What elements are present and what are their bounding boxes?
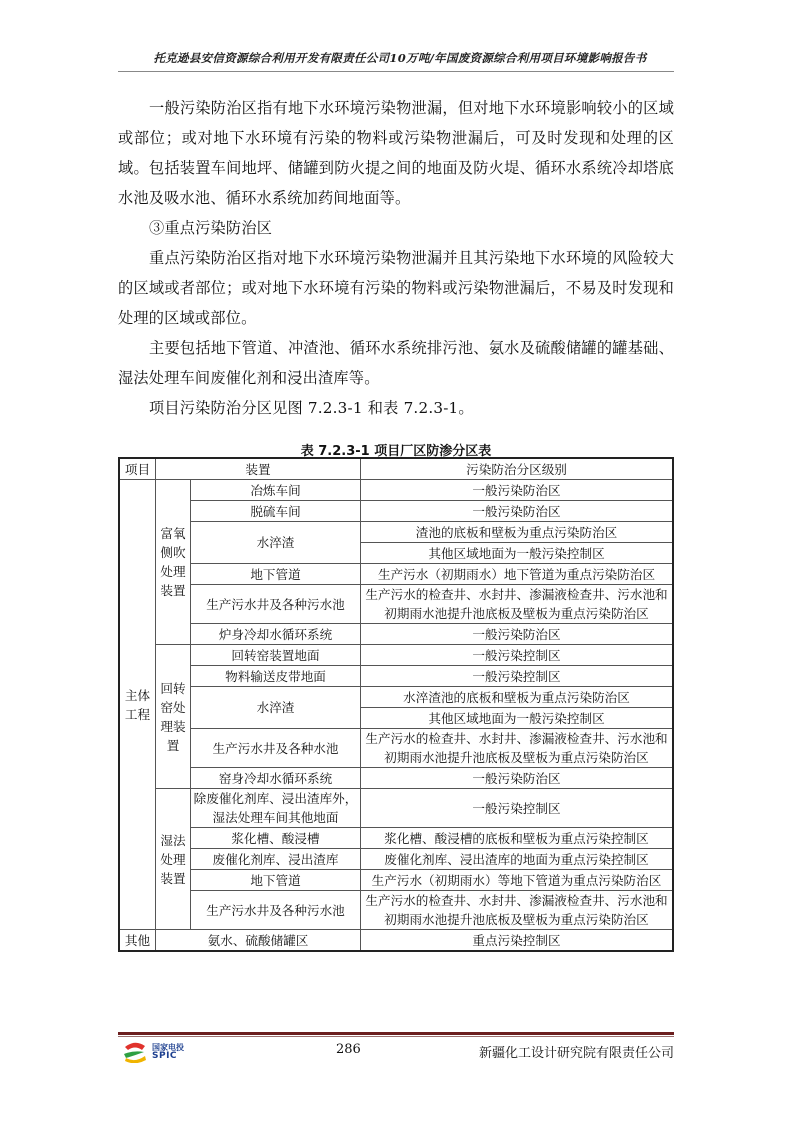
level-cell: 生产污水的检查井、水封井、渗漏液检查井、污水池和初期雨水池提升池底板及壁板为重点… xyxy=(361,585,674,624)
level-cell: 一般污染防治区 xyxy=(361,501,674,522)
paragraph-reference: 项目污染防治分区见图 7.2.3-1 和表 7.2.3-1。 xyxy=(118,393,674,423)
device-cell: 生产污水井及各种污水池 xyxy=(191,585,361,624)
table-row: 窑身冷却水循环系统 一般污染防治区 xyxy=(119,768,673,789)
table-row: 脱硫车间 一般污染防治区 xyxy=(119,501,673,522)
device-cell: 地下管道 xyxy=(191,564,361,585)
device-cell: 浆化槽、酸浸槽 xyxy=(191,828,361,849)
table-row: 物料输送皮带地面 一般污染控制区 xyxy=(119,666,673,687)
level-cell: 一般污染防治区 xyxy=(361,624,674,645)
footer-divider xyxy=(118,1032,674,1035)
table-row: 水淬渣 水淬渣池的底板和壁板为重点污染防治区 xyxy=(119,687,673,708)
running-header: 托克逊县安信资源综合利用开发有限责任公司10万吨/年国废资源综合利用项目环境影响… xyxy=(110,50,690,66)
device-cell: 物料输送皮带地面 xyxy=(191,666,361,687)
level-cell: 废催化剂库、浸出渣库的地面为重点污染控制区 xyxy=(361,849,674,870)
device-cell: 除废催化剂库、浸出渣库外，湿法处理车间其他地面 xyxy=(191,789,361,828)
footer-divider-thin xyxy=(118,1036,674,1037)
group-label: 湿法处理装置 xyxy=(156,789,191,930)
paragraph-key-zone-scope: 主要包括地下管道、冲渣池、循环水系统排污池、氨水及硫酸储罐的罐基础、湿法处理车间… xyxy=(118,333,674,393)
device-cell: 水淬渣 xyxy=(191,522,361,564)
logo-text-en: SPIC xyxy=(152,1051,177,1061)
level-cell: 一般污染防治区 xyxy=(361,480,674,501)
group-label: 回转窑处理装置 xyxy=(156,645,191,789)
table-row: 地下管道 生产污水（初期雨水）等地下管道为重点污染防治区 xyxy=(119,870,673,891)
section-heading-key-zone: ③重点污染防治区 xyxy=(118,213,674,243)
level-cell: 一般污染防治区 xyxy=(361,768,674,789)
level-cell: 一般污染控制区 xyxy=(361,666,674,687)
device-cell: 生产污水井及各种水池 xyxy=(191,729,361,768)
spic-logo: 国家电投 SPIC xyxy=(122,1041,212,1063)
table-row: 炉身冷却水循环系统 一般污染防治区 xyxy=(119,624,673,645)
level-cell: 生产污水（初期雨水）地下管道为重点污染防治区 xyxy=(361,564,674,585)
level-cell: 水淬渣池的底板和壁板为重点污染防治区 xyxy=(361,687,674,708)
table-row: 主体工程 富氧侧吹处理装置 冶炼车间 一般污染防治区 xyxy=(119,480,673,501)
level-cell: 浆化槽、酸浸槽的底板和壁板为重点污染控制区 xyxy=(361,828,674,849)
page-number: 286 xyxy=(336,1042,361,1057)
level-cell: 一般污染控制区 xyxy=(361,645,674,666)
level-cell: 生产污水（初期雨水）等地下管道为重点污染防治区 xyxy=(361,870,674,891)
header-device: 装置 xyxy=(156,458,361,480)
device-cell: 炉身冷却水循环系统 xyxy=(191,624,361,645)
device-cell: 冶炼车间 xyxy=(191,480,361,501)
table-row-other: 其他 氨水、硫酸储罐区 重点污染控制区 xyxy=(119,930,673,952)
body-text: 一般污染防治区指有地下水环境污染物泄漏，但对地下水环境影响较小的区域或部位；或对… xyxy=(118,93,674,423)
device-cell: 废催化剂库、浸出渣库 xyxy=(191,849,361,870)
device-cell: 脱硫车间 xyxy=(191,501,361,522)
main-project-label: 主体工程 xyxy=(119,480,156,930)
header-level: 污染防治分区级别 xyxy=(361,458,674,480)
paragraph-general-zone: 一般污染防治区指有地下水环境污染物泄漏，但对地下水环境影响较小的区域或部位；或对… xyxy=(118,93,674,213)
level-cell: 其他区域地面为一般污染控制区 xyxy=(361,708,674,729)
table-row: 地下管道 生产污水（初期雨水）地下管道为重点污染防治区 xyxy=(119,564,673,585)
device-cell: 地下管道 xyxy=(191,870,361,891)
device-cell: 回转窑装置地面 xyxy=(191,645,361,666)
level-cell: 重点污染控制区 xyxy=(361,930,674,952)
header-item: 项目 xyxy=(119,458,156,480)
group-label: 富氧侧吹处理装置 xyxy=(156,480,191,645)
level-cell: 一般污染控制区 xyxy=(361,789,674,828)
paragraph-key-zone: 重点污染防治区指对地下水环境污染物泄漏并且其污染地下水环境的风险较大的区域或者部… xyxy=(118,243,674,333)
header-divider xyxy=(118,71,674,72)
spic-logo-icon xyxy=(122,1041,148,1063)
level-cell: 渣池的底板和壁板为重点污染防治区 xyxy=(361,522,674,543)
table-row: 浆化槽、酸浸槽 浆化槽、酸浸槽的底板和壁板为重点污染控制区 xyxy=(119,828,673,849)
seepage-zone-table: 项目 装置 污染防治分区级别 主体工程 富氧侧吹处理装置 冶炼车间 一般污染防治… xyxy=(118,457,674,952)
table-row: 水淬渣 渣池的底板和壁板为重点污染防治区 xyxy=(119,522,673,543)
table-row: 回转窑处理装置 回转窑装置地面 一般污染控制区 xyxy=(119,645,673,666)
level-cell: 生产污水的检查井、水封井、渗漏液检查井、污水池和初期雨水池提升池底板及壁板为重点… xyxy=(361,891,674,930)
other-label: 其他 xyxy=(119,930,156,952)
device-cell: 窑身冷却水循环系统 xyxy=(191,768,361,789)
device-cell: 水淬渣 xyxy=(191,687,361,729)
device-cell: 生产污水井及各种污水池 xyxy=(191,891,361,930)
device-cell: 氨水、硫酸储罐区 xyxy=(156,930,361,952)
level-cell: 生产污水的检查井、水封井、渗漏液检查井、污水池和初期雨水池提升池底板及壁板为重点… xyxy=(361,729,674,768)
level-cell: 其他区域地面为一般污染控制区 xyxy=(361,543,674,564)
table-row: 废催化剂库、浸出渣库 废催化剂库、浸出渣库的地面为重点污染控制区 xyxy=(119,849,673,870)
company-name: 新疆化工设计研究院有限责任公司 xyxy=(474,1042,674,1061)
table-header-row: 项目 装置 污染防治分区级别 xyxy=(119,458,673,480)
